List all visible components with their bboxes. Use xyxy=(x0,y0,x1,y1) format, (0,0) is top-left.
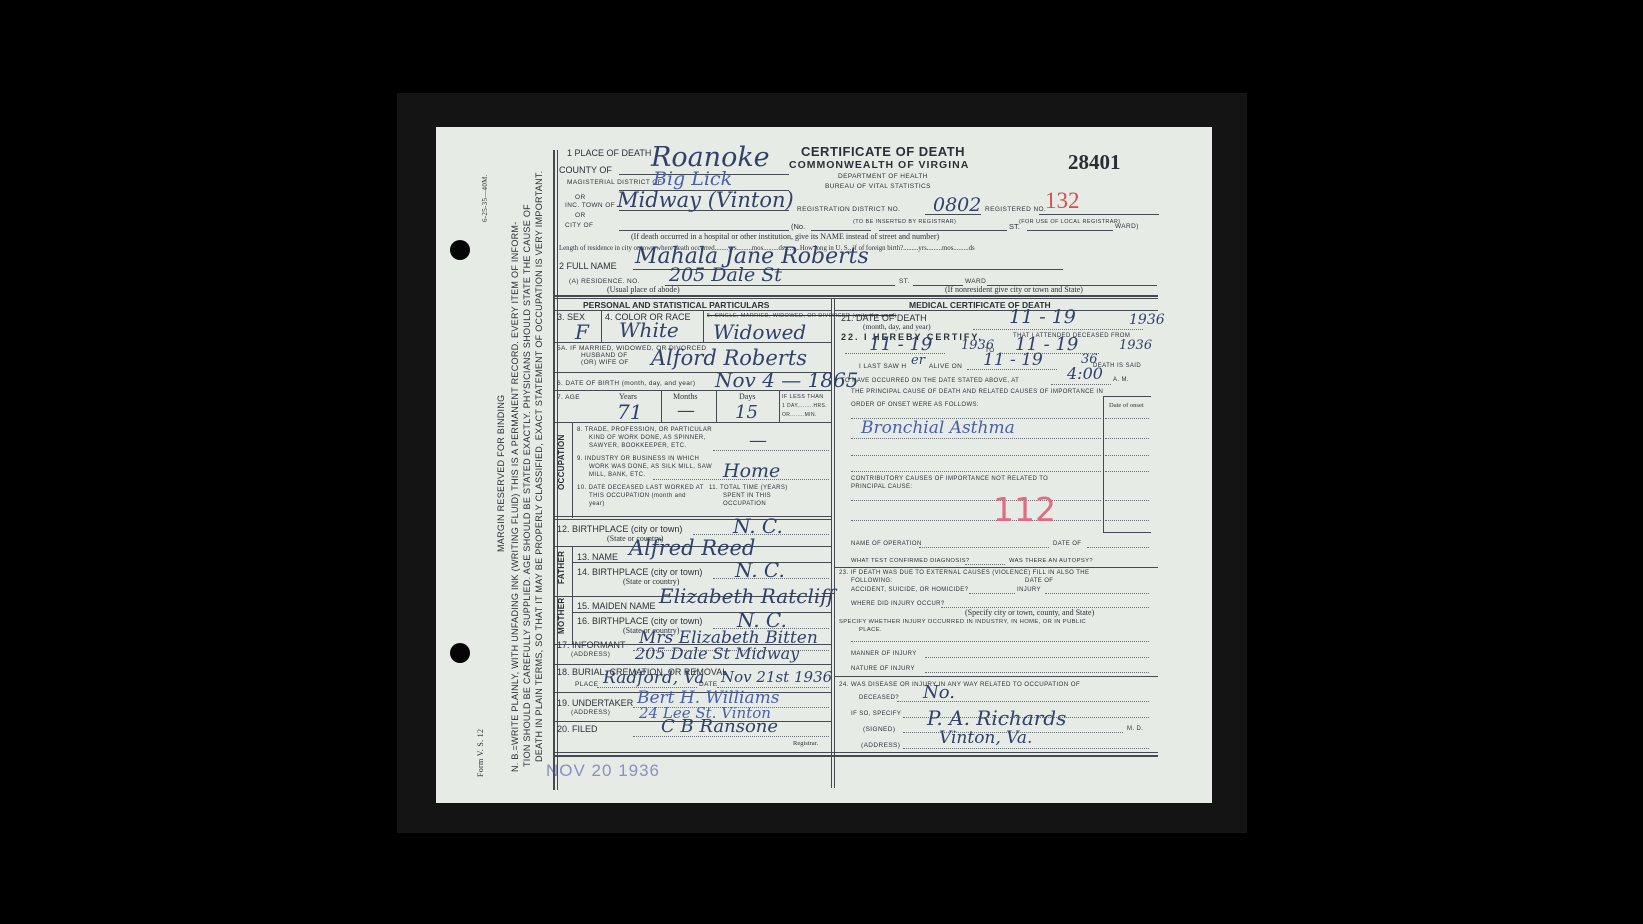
onset-line-4 xyxy=(1105,471,1149,472)
ward-line xyxy=(1027,230,1113,231)
row-line-7 xyxy=(553,422,831,423)
manner-label: MANNER OF INJURY xyxy=(851,651,917,657)
age-label: 7. AGE xyxy=(557,394,580,401)
age-months-value: — xyxy=(677,400,695,421)
last-saw-label: I LAST SAW H xyxy=(859,363,906,370)
race-value: White xyxy=(619,318,679,342)
sex-divider xyxy=(601,310,602,342)
less-than-label-2: 1 DAY,........HRS. xyxy=(782,403,827,409)
row-line-13 xyxy=(572,562,831,563)
diagnosis-line xyxy=(965,564,1005,565)
row-line-11 xyxy=(553,516,831,517)
form-left-border xyxy=(553,150,555,790)
margin-note: MARGIN RESERVED FOR BINDING xyxy=(496,395,506,552)
specify-whether-label-1: SPECIFY WHETHER INJURY OCCURRED IN INDUS… xyxy=(839,619,1086,625)
binding-hole-top xyxy=(450,240,470,260)
occurred-label: TO HAVE OCCURRED ON THE DATE STATED ABOV… xyxy=(841,378,1019,384)
instructions-line-3: DEATH IN PLAIN TERMS, SO THAT IT MAY BE … xyxy=(534,171,544,762)
trade-label-1: 8. TRADE, PROFESSION, OR PARTICULAR xyxy=(577,427,712,433)
age-days-value: 15 xyxy=(735,402,758,423)
residence-st-label: ST. xyxy=(899,278,910,285)
certificate-form: 1 PLACE OF DEATH CERTIFICATE OF DEATH CO… xyxy=(553,138,1193,794)
row-line-23 xyxy=(835,676,1158,677)
trade-label-3: SAWYER, BOOKKEEPER, ETC. xyxy=(589,443,686,449)
trade-line xyxy=(713,450,829,451)
registration-district-value: 0802 xyxy=(933,194,981,216)
mother-side-label: MOTHER xyxy=(557,598,566,634)
date-of-death-line xyxy=(973,329,1143,330)
undertaker-address-label: (ADDRESS) xyxy=(571,709,610,716)
father-side-divider xyxy=(572,546,573,596)
manner-line xyxy=(925,657,1149,658)
nature-label: NATURE OF INJURY xyxy=(851,666,915,672)
cause-line-3 xyxy=(851,455,1101,456)
department-label: DEPARTMENT OF HEALTH xyxy=(838,173,928,180)
print-code: 6-25-35—40M. xyxy=(481,174,489,222)
less-than-label-3: OR........MIN. xyxy=(782,412,817,418)
industry-value: Home xyxy=(723,460,780,482)
town-value: Midway (Vinton) xyxy=(617,188,794,212)
contributory-label-2: PRINCIPAL CAUSE: xyxy=(851,484,912,490)
deceased-label: DECEASED? xyxy=(859,695,899,701)
cause-label-2: ORDER OF ONSET WERE AS FOLLOWS: xyxy=(851,402,979,408)
registered-no-label: REGISTERED NO. xyxy=(985,206,1046,213)
where-label: WHERE DID INJURY OCCUR? xyxy=(851,601,945,607)
age-years-value: 71 xyxy=(617,400,642,424)
last-worked-label-3: year) xyxy=(589,501,605,507)
town-label: INC. TOWN OF xyxy=(565,202,615,209)
total-time-label-2: SPENT IN THIS xyxy=(723,493,771,499)
operation-line xyxy=(919,547,1049,548)
occupation-side-label: OCCUPATION xyxy=(557,434,566,490)
row-line-6 xyxy=(553,390,831,391)
md-label: M. D. xyxy=(1127,726,1143,732)
alive-on-label: ALIVE ON xyxy=(929,363,962,370)
spouse-label-2: HUSBAND OF xyxy=(581,352,628,359)
occupation-side-divider xyxy=(572,422,573,518)
time-suffix: A. M. xyxy=(1113,377,1129,383)
registered-no-value: 132 xyxy=(1045,188,1080,214)
city-label: CITY OF xyxy=(565,222,593,229)
principal-cause-value: Bronchial Asthma xyxy=(861,418,1015,438)
age-divider-1 xyxy=(661,390,662,422)
street-no-label: (No. xyxy=(791,222,805,231)
onset-column-top xyxy=(1103,396,1151,397)
row-line-22 xyxy=(835,567,1158,568)
accident-line xyxy=(969,593,1015,594)
full-name-label: 2 FULL NAME xyxy=(559,261,617,271)
hospital-note: (If death occurred in a hospital or othe… xyxy=(631,232,939,241)
district-value: Big Lick xyxy=(653,168,732,190)
dob-label: 6. DATE OF BIRTH (month, day, and year) xyxy=(557,380,695,387)
mother-name-value: Elizabeth Ratcliff xyxy=(659,584,834,608)
industry-label-2: WORK WAS DONE, AS SILK MILL, SAW xyxy=(589,464,712,470)
district-label: MAGISTERIAL DISTRICT OF xyxy=(567,179,662,186)
registration-district-label: REGISTRATION DISTRICT NO. xyxy=(797,206,900,213)
age-days-label: Days xyxy=(739,392,755,401)
row-line-17 xyxy=(553,664,831,665)
onset-line-3 xyxy=(1105,455,1149,456)
injury-label: INJURY xyxy=(1017,587,1041,593)
bureau-label: BUREAU OF VITAL STATISTICS xyxy=(825,183,931,190)
related-label: 24. WAS DISEASE OR INJURY IN ANY WAY REL… xyxy=(839,681,1080,688)
less-than-label-1: IF LESS THAN xyxy=(782,394,824,400)
trade-label-2: KIND OF WORK DONE, AS SPINNER, xyxy=(589,435,706,441)
onset-column-bottom xyxy=(1103,532,1151,533)
instructions-line-2: TION SHOULD BE CAREFULLY SUPPLIED. AGE S… xyxy=(522,204,532,767)
accident-label: ACCIDENT, SUICIDE, OR HOMICIDE? xyxy=(851,587,968,593)
operation-date-label: DATE OF xyxy=(1053,541,1081,547)
place-of-death-label: 1 PLACE OF DEATH xyxy=(567,148,651,158)
cause-label-1: THE PRINCIPAL CAUSE OF DEATH AND RELATED… xyxy=(851,389,1103,395)
birthplace-value: N. C. xyxy=(733,514,783,538)
residence-label: (A) RESIDENCE. NO. xyxy=(569,278,640,285)
dob-value: Nov 4 — 1865 xyxy=(715,368,859,392)
time-value: 4:00 xyxy=(1067,364,1103,383)
physician-address-label: (ADDRESS) xyxy=(861,742,900,749)
certificate-title: CERTIFICATE OF DEATH xyxy=(801,144,965,159)
trade-value: — xyxy=(749,430,767,451)
onset-line-5 xyxy=(1105,500,1149,501)
father-name-value: Alfred Reed xyxy=(629,536,755,560)
race-divider xyxy=(703,310,704,342)
contributory-line-2 xyxy=(851,520,1101,521)
burial-date-value: Nov 21st 1936 xyxy=(721,668,832,686)
personal-header-line xyxy=(553,310,831,311)
operation-label: NAME OF OPERATION xyxy=(851,541,922,547)
operation-date-line xyxy=(1087,547,1149,548)
specify-city-note: (Specify city or town, county, and State… xyxy=(965,608,1094,617)
nonresident-note: (If nonresident give city or town and St… xyxy=(945,285,1083,294)
mother-birthplace-label: 16. BIRTHPLACE (city or town) xyxy=(577,616,702,626)
external-label-1: 23. IF DEATH WAS DUE TO EXTERNAL CAUSES … xyxy=(839,570,1089,576)
autopsy-label: WAS THERE AN AUTOPSY? xyxy=(1009,558,1093,564)
birthplace-label: 12. BIRTHPLACE (city or town) xyxy=(557,524,682,534)
specify-whether-label-2: PLACE. xyxy=(859,627,882,633)
spouse-label-3: (OR) WIFE OF xyxy=(581,359,629,366)
spouse-value: Alford Roberts xyxy=(651,346,807,370)
physician-signature: P. A. Richards xyxy=(927,706,1066,730)
form-bottom-border xyxy=(553,752,1158,753)
onset-line-6 xyxy=(1105,520,1149,521)
if-so-label: IF SO, SPECIFY xyxy=(851,711,901,717)
age-divider-2 xyxy=(716,390,717,422)
father-name-label: 13. NAME xyxy=(577,552,618,562)
contributory-line-1 xyxy=(851,500,1101,501)
filed-label: 20. FILED xyxy=(557,724,598,734)
total-time-label-3: OCCUPATION xyxy=(723,501,766,507)
section-divider-inner xyxy=(553,298,1158,299)
medical-header-line xyxy=(835,310,1158,311)
binding-hole-bottom xyxy=(450,643,470,663)
abode-note: (Usual place of abode) xyxy=(607,285,680,294)
registrar-label: Registrar. xyxy=(793,740,818,747)
registration-district-note: (TO BE INSERTED BY REGISTRAR) xyxy=(853,219,956,225)
onset-line-2 xyxy=(1105,438,1149,439)
onset-column-divider xyxy=(1103,396,1104,532)
date-of-onset-label: Date of onset xyxy=(1109,402,1144,409)
last-worked-label-2: THIS OCCUPATION (month and xyxy=(589,493,686,499)
commonwealth-title: COMMONWEALTH OF VIRGINA xyxy=(789,159,969,171)
row-line-15 xyxy=(572,612,831,613)
cause-line-2 xyxy=(851,438,1101,439)
time-line xyxy=(1051,384,1111,385)
industry-label-1: 9. INDUSTRY OR BUSINESS IN WHICH xyxy=(577,456,699,462)
sex-value: F xyxy=(575,320,589,344)
industry-label-3: MILL, BANK, ETC. xyxy=(589,472,645,478)
physician-address-value: Vinton, Va. xyxy=(939,728,1032,748)
mother-side-divider xyxy=(572,596,573,644)
total-time-label-1: 11. TOTAL TIME (YEARS) xyxy=(709,485,788,491)
signed-label: (SIGNED) xyxy=(863,726,895,733)
or-label-1: OR xyxy=(575,194,586,201)
last-saw-her: er xyxy=(911,353,925,368)
date-of-death-value: 11 - 19 xyxy=(1009,306,1076,328)
street-label: ST. xyxy=(1009,222,1020,231)
mother-name-label: 15. MAIDEN NAME xyxy=(577,601,656,611)
contributory-label-1: CONTRIBUTORY CAUSES OF IMPORTANCE NOT RE… xyxy=(851,476,1048,482)
residence-value: 205 Dale St xyxy=(669,264,782,286)
street-no-line xyxy=(811,230,871,231)
row-line-5 xyxy=(553,342,831,343)
marital-value: Widowed xyxy=(713,320,806,344)
last-saw-date: 11 - 19 xyxy=(983,350,1043,370)
filed-by-value: C B Ransone xyxy=(661,716,778,737)
form-id: Form V. S. 12 xyxy=(476,729,485,777)
form-bottom-border-outer xyxy=(553,755,1158,757)
father-side-label: FATHER xyxy=(557,551,566,584)
date-of-death-sub: (month, day, and year) xyxy=(863,322,931,331)
informant-address-value: 205 Dale St Midway xyxy=(635,644,799,663)
diagnosis-label: WHAT TEST CONFIRMED DIAGNOSIS? xyxy=(851,558,970,564)
street-line xyxy=(879,230,1007,231)
cause-code-value: 112 xyxy=(993,490,1056,529)
nature-line xyxy=(925,672,1149,673)
father-birthplace-value: N. C. xyxy=(735,558,785,582)
onset-line-1 xyxy=(1105,418,1149,419)
personal-header: PERSONAL AND STATISTICAL PARTICULARS xyxy=(583,300,769,310)
county-label: COUNTY OF xyxy=(559,165,612,175)
physician-address-line xyxy=(903,748,1149,749)
registered-no-line xyxy=(1039,214,1159,215)
residence-ward-label: WARD xyxy=(965,278,986,285)
injury-date-line xyxy=(1045,593,1149,594)
informant-address-label: (ADDRESS) xyxy=(571,651,610,658)
section-divider xyxy=(553,295,1158,297)
registered-no-note: (FOR USE OF LOCAL REGISTRAR) xyxy=(1019,219,1120,225)
burial-place-label: PLACE xyxy=(575,681,598,688)
instructions-line-1: N. B.=WRITE PLAINLY, WITH UNFADING INK (… xyxy=(510,221,520,772)
row-line-11b xyxy=(553,519,831,520)
specify-whether-line xyxy=(851,641,1149,642)
date-of-injury-label: DATE OF xyxy=(1025,578,1053,584)
date-of-death-year: 1936 xyxy=(1129,312,1165,328)
cause-line-4 xyxy=(851,471,1101,472)
age-divider-3 xyxy=(779,390,780,422)
attended-to-year: 1936 xyxy=(1119,338,1152,353)
related-value: No. xyxy=(923,682,955,703)
external-label-2: FOLLOWING: xyxy=(851,578,893,584)
attended-from-value: 11 - 19 xyxy=(869,334,932,355)
undertaker-label: 19. UNDERTAKER xyxy=(557,698,633,708)
informant-label: 17. INFORMANT xyxy=(557,640,626,650)
or-label-2: OR xyxy=(575,212,586,219)
father-birthplace-label: 14. BIRTHPLACE (city or town) xyxy=(577,567,702,577)
last-worked-label-1: 10. DATE DECEASED LAST WORKED AT xyxy=(577,485,704,491)
burial-date-label: DATE xyxy=(699,681,717,688)
ward-label: WARD) xyxy=(1115,223,1139,230)
city-line xyxy=(619,230,789,231)
burial-place-value: Radford, Va xyxy=(603,668,704,688)
certificate-number: 28401 xyxy=(1068,150,1121,175)
